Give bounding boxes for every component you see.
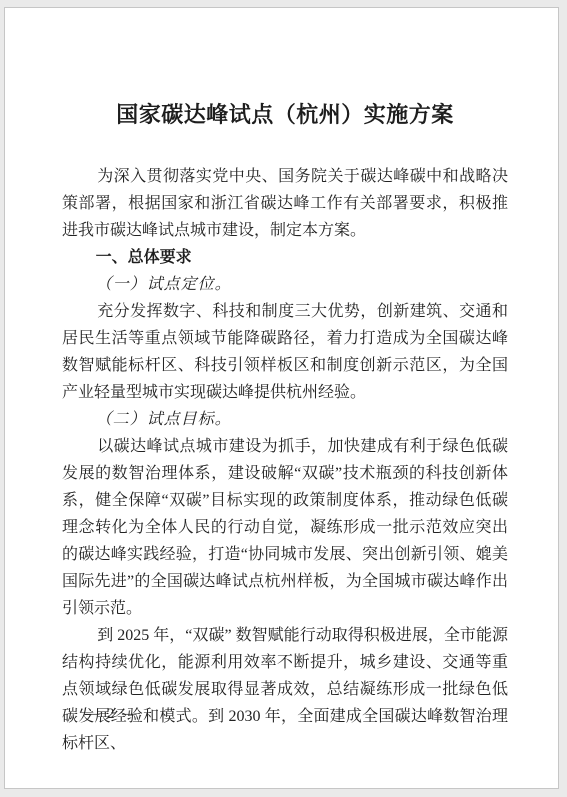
subsection-heading-pilot-goals: （二）试点目标。 — [62, 406, 508, 433]
page-number: — 2 — — [85, 706, 139, 723]
document-page: 国家碳达峰试点（杭州）实施方案 为深入贯彻落实党中央、国务院关于碳达峰碳中和战略… — [4, 7, 559, 789]
paragraph-intro: 为深入贯彻落实党中央、国务院关于碳达峰碳中和战略决策部署，根据国家和浙江省碳达峰… — [62, 163, 508, 244]
section-heading-overall-requirements: 一、总体要求 — [62, 244, 508, 271]
paragraph-pilot-goals: 以碳达峰试点城市建设为抓手，加快建成有利于绿色低碳发展的数智治理体系，建设破解“… — [62, 433, 508, 622]
paragraph-2025-2030-targets: 到 2025 年，“双碳” 数智赋能行动取得积极进展，全市能源结构持续优化，能源… — [62, 622, 508, 757]
paragraph-pilot-positioning: 充分发挥数字、科技和制度三大优势，创新建筑、交通和居民生活等重点领域节能降碳路径… — [62, 298, 508, 406]
subsection-heading-pilot-positioning: （一）试点定位。 — [62, 271, 508, 298]
document-title: 国家碳达峰试点（杭州）实施方案 — [62, 100, 508, 130]
page-content: 国家碳达峰试点（杭州）实施方案 为深入贯彻落实党中央、国务院关于碳达峰碳中和战略… — [5, 8, 558, 757]
document-viewer-canvas: 国家碳达峰试点（杭州）实施方案 为深入贯彻落实党中央、国务院关于碳达峰碳中和战略… — [0, 0, 567, 797]
